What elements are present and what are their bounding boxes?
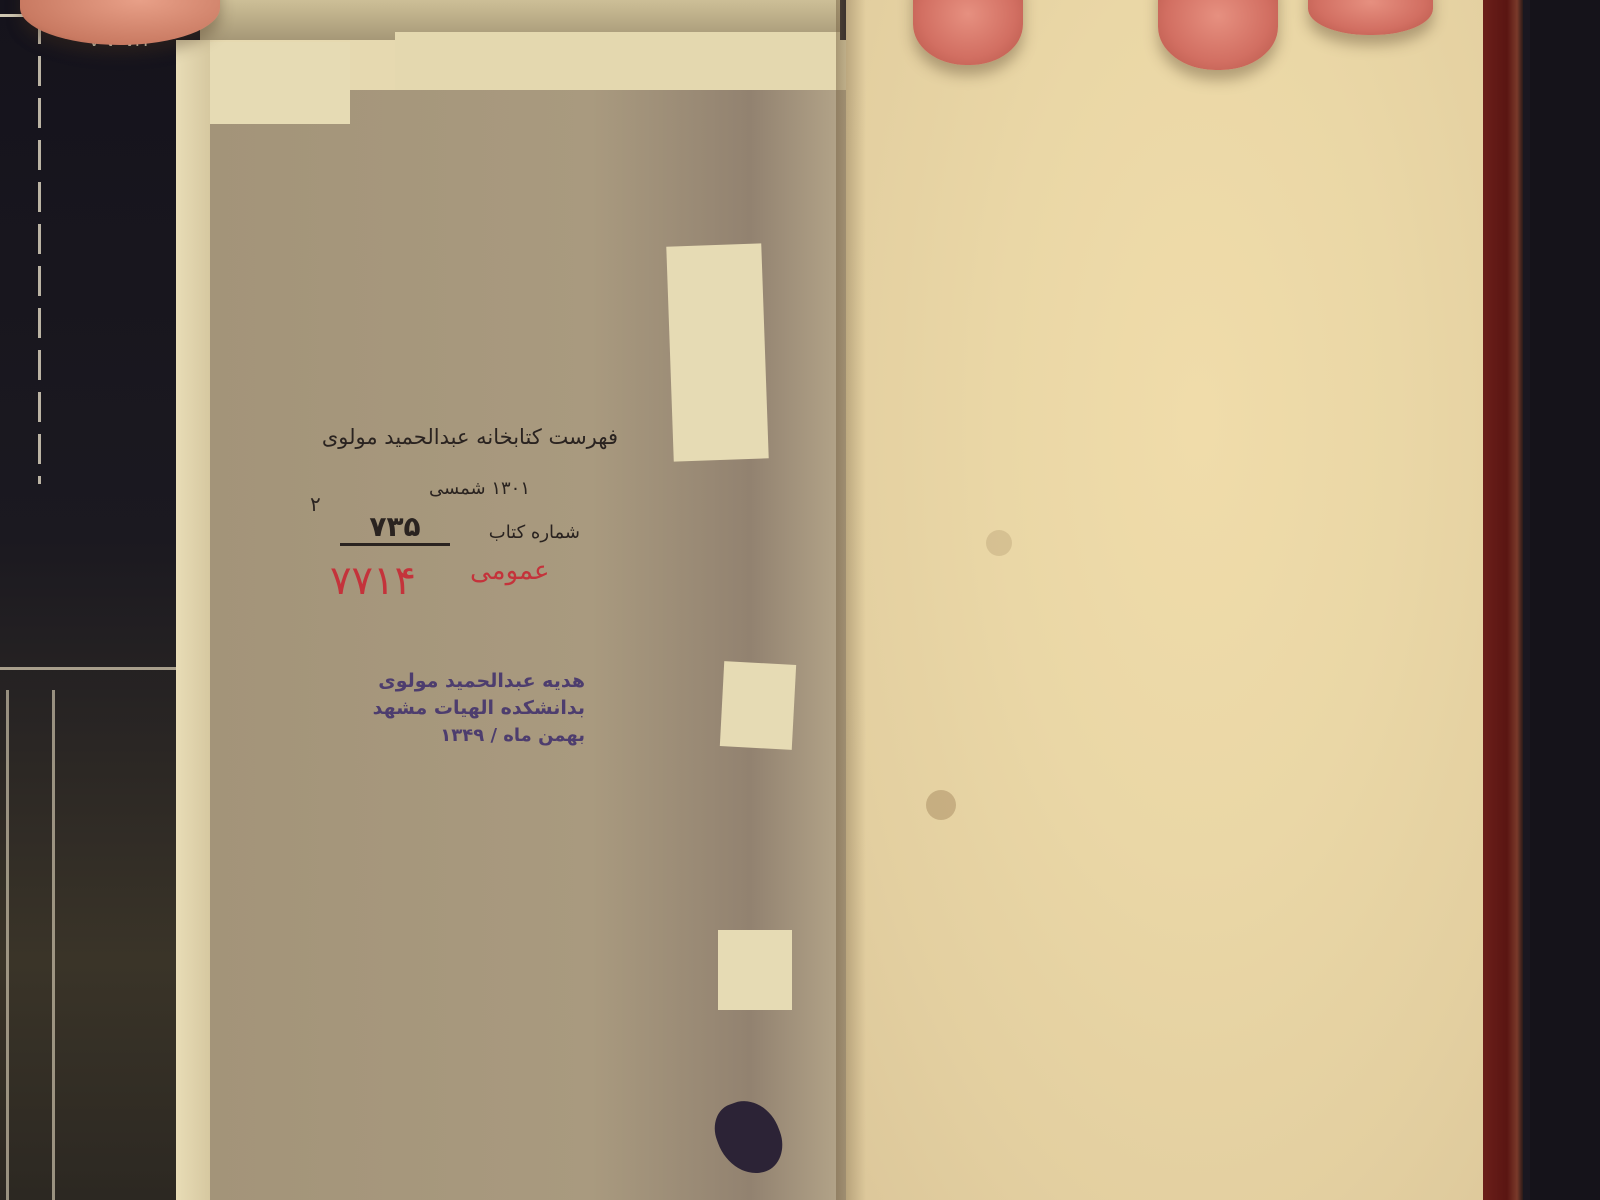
- mat-grid-line: [52, 690, 55, 1200]
- mat-grid-line: [0, 667, 180, 670]
- stamp-line-1: هدیه عبدالحمید مولوی: [300, 668, 585, 695]
- donation-stamp: هدیه عبدالحمید مولوی بدانشکده الهیات مشه…: [300, 668, 585, 750]
- book-gutter: [836, 0, 866, 1200]
- mat-grid-line: [6, 690, 9, 1200]
- book-number-label: شماره کتاب: [460, 522, 580, 543]
- public-accession-number: ۷۷۱۴: [330, 558, 416, 604]
- tape-patch: [395, 32, 840, 90]
- library-inscription: فهرست کتابخانه عبدالحمید مولوی: [298, 425, 618, 449]
- year-inscription: ۱۳۰۱ شمسی: [380, 478, 530, 499]
- tape-patch: [210, 42, 350, 124]
- cutting-mat-right: [1530, 0, 1600, 1200]
- stamp-line-2: بدانشکده الهیات مشهد: [300, 695, 585, 722]
- tape-patch: [718, 930, 792, 1010]
- book-number-side-mark: ۲: [310, 492, 321, 516]
- tape-patch: [720, 661, 796, 750]
- binding-edge: [1483, 0, 1523, 1200]
- cutting-mat: A4 NI: [0, 0, 190, 1200]
- left-page-margin: [176, 40, 210, 1200]
- mat-grid-line: [38, 14, 41, 484]
- tape-patch: [666, 243, 768, 461]
- stamp-date: بهمن ماه / ۱۳۴۹: [300, 722, 585, 750]
- public-label: عمومی: [470, 556, 550, 586]
- stain: [926, 790, 956, 820]
- book-number: ۷۳۵: [340, 510, 450, 546]
- stain: [986, 530, 1012, 556]
- right-page: [846, 0, 1486, 1200]
